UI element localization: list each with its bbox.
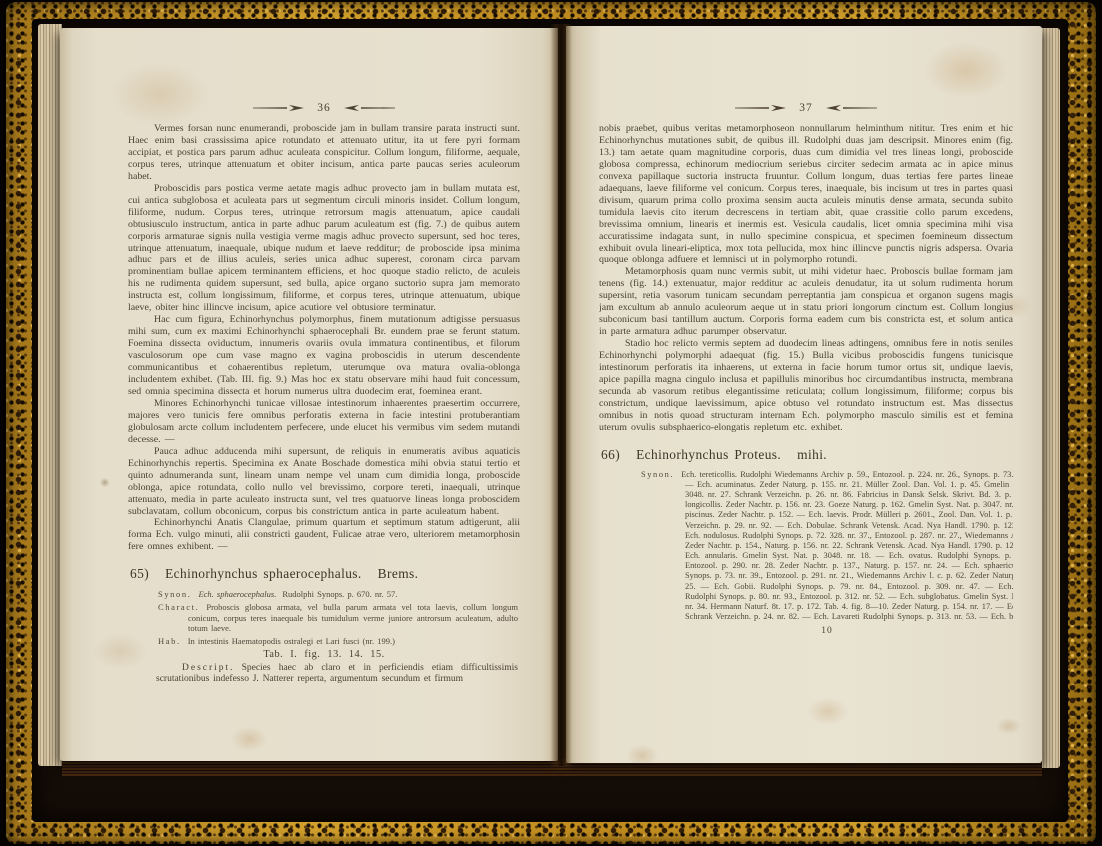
header-ornament-left-icon bbox=[253, 104, 305, 112]
species-heading-66: 66) Echinorhynchus Proteus. mihi. bbox=[601, 447, 1013, 463]
species-number: 65) bbox=[130, 566, 149, 582]
page-left: 36 Vermes forsan nunc enumerandi, probos… bbox=[60, 28, 558, 761]
synon-entry: Synon.Ech. sphaerocephalus.Rudolphi Syno… bbox=[158, 589, 518, 599]
charact-entry: Charact.Proboscis globosa armata, vel bu… bbox=[158, 602, 518, 632]
synon-reference: Rudolphi Synops. p. 670. nr. 57. bbox=[282, 589, 397, 599]
page-stack-left-edge bbox=[38, 24, 62, 766]
page-right-header: 37 bbox=[599, 102, 1013, 114]
page-left-header: 36 bbox=[128, 102, 520, 114]
book-gutter-shadow bbox=[550, 24, 572, 766]
paragraph: nobis praebet, quibus veritas metamorpho… bbox=[599, 123, 1013, 266]
species-name: Echinorhynchus sphaerocephalus. bbox=[165, 566, 362, 582]
synon-label: Synon. bbox=[158, 589, 191, 599]
header-ornament-right-icon bbox=[825, 104, 877, 112]
species-name: Echinorhynchus Proteus. bbox=[636, 447, 781, 463]
descript-entry: Descript.Species haec ab claro et in per… bbox=[156, 663, 518, 686]
page-left-content: 36 Vermes forsan nunc enumerandi, probos… bbox=[128, 102, 520, 757]
tab-figure-line: Tab. I. fig. 13. 14. 15. bbox=[128, 649, 520, 660]
charact-text: Proboscis globosa armata, vel bulla paru… bbox=[188, 602, 518, 632]
hab-text: In intestinis Haematopodis ostralegi et … bbox=[188, 636, 395, 646]
paragraph: Metamorphosis quam nunc vermis subit, ut… bbox=[599, 266, 1013, 338]
species-author: Brems. bbox=[378, 566, 419, 582]
paragraph: Pauca adhuc adducenda mihi supersunt, de… bbox=[128, 446, 520, 518]
species-number: 66) bbox=[601, 447, 620, 463]
hab-label: Hab. bbox=[158, 636, 181, 646]
paragraph: Minores Echinorhynchi tunicae villosae i… bbox=[128, 398, 520, 446]
synon-label: Synon. bbox=[641, 470, 674, 479]
page-number: 36 bbox=[317, 102, 331, 114]
paragraph: Hac cum figura, Echinorhynchus polymorph… bbox=[128, 314, 520, 398]
page-right-content: 37 nobis praebet, quibus veritas metamor… bbox=[599, 102, 1013, 762]
page-right: 37 nobis praebet, quibus veritas metamor… bbox=[566, 26, 1042, 763]
charact-label: Charact. bbox=[158, 602, 199, 612]
synon-species: Ech. sphaerocephalus. bbox=[198, 589, 276, 599]
header-ornament-right-icon bbox=[343, 104, 395, 112]
descript-label: Descript. bbox=[182, 663, 235, 673]
page-left-body: Vermes forsan nunc enumerandi, proboscid… bbox=[128, 123, 520, 553]
paragraph: Echinorhynchi Anatis Clangulae, primum q… bbox=[128, 517, 520, 553]
synonymy-block-66: Synon.Ech. tereticollis. Rudolphi Wiedem… bbox=[641, 470, 1013, 622]
paragraph: Vermes forsan nunc enumerandi, proboscid… bbox=[128, 123, 520, 183]
page-right-body: nobis praebet, quibus veritas metamorpho… bbox=[599, 123, 1013, 434]
paragraph: Stadio hoc relicto vermis septem ad duod… bbox=[599, 338, 1013, 434]
hab-entry: Hab.In intestinis Haematopodis ostralegi… bbox=[158, 636, 518, 646]
header-ornament-left-icon bbox=[735, 104, 787, 112]
page-number: 37 bbox=[799, 102, 813, 114]
book-photograph: 36 Vermes forsan nunc enumerandi, probos… bbox=[0, 0, 1102, 846]
species-heading-65: 65) Echinorhynchus sphaerocephalus. Brem… bbox=[130, 566, 520, 582]
paragraph: Proboscidis pars postica verme aetate ma… bbox=[128, 183, 520, 314]
gathering-signature: 10 bbox=[641, 626, 1013, 636]
species-author: mihi. bbox=[797, 447, 827, 463]
species-entries-65: Synon.Ech. sphaerocephalus.Rudolphi Syno… bbox=[158, 589, 518, 645]
synon-text: Ech. tereticollis. Rudolphi Wiedemanns A… bbox=[681, 470, 1013, 621]
